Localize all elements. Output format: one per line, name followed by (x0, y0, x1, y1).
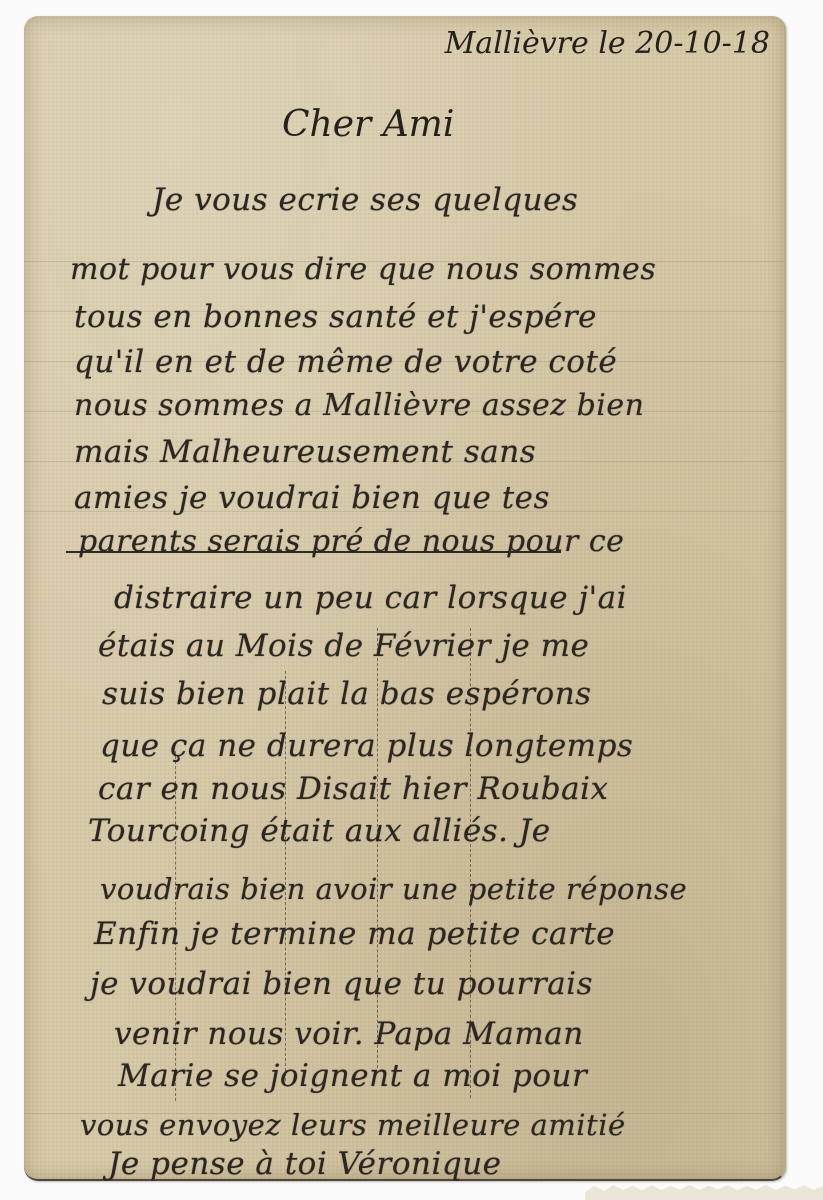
date-line: Mallièvre le 20-10-18 (445, 26, 770, 61)
body-line: distraire un peu car lorsque j'ai (114, 580, 627, 616)
torn-photo-edge (585, 1184, 823, 1200)
body-line: venir nous voir. Papa Maman (114, 1016, 584, 1052)
body-line: parents serais pré de nous pour ce (78, 524, 624, 559)
body-line: voudrais bien avoir une petite réponse (100, 872, 687, 906)
closing-line: Je pense à toi Véronique (108, 1146, 502, 1182)
body-line: qu'il en et de même de votre coté (74, 344, 617, 380)
body-line: je voudrai bien que tu pourrais (90, 966, 593, 1002)
body-line: suis bien plait la bas espérons (102, 676, 592, 712)
body-line: Tourcoing était aux alliés. Je (88, 813, 551, 849)
body-line: nous sommes a Mallièvre assez bien (74, 388, 644, 423)
greeting: Cher Ami (282, 104, 454, 145)
body-line: Je vous ecrie ses quelques (152, 182, 578, 218)
body-line: mot pour vous dire que nous sommes (70, 252, 656, 287)
postcard: Mallièvre le 20-10-18 Cher Ami Je vous e… (24, 16, 786, 1181)
body-line: étais au Mois de Février je me (98, 628, 589, 664)
body-line: vous envoyez leurs meilleure amitié (80, 1108, 626, 1142)
body-line: tous en bonnes santé et j'espére (74, 299, 597, 335)
body-line: que ça ne durera plus longtemps (100, 728, 633, 764)
body-line: mais Malheureusement sans (74, 434, 536, 470)
body-line: Enfin je termine ma petite carte (94, 916, 615, 952)
body-line: car en nous Disait hier Roubaix (98, 771, 609, 807)
body-line: Marie se joignent a moi pour (118, 1058, 587, 1094)
body-line: amies je voudrai bien que tes (74, 480, 550, 516)
